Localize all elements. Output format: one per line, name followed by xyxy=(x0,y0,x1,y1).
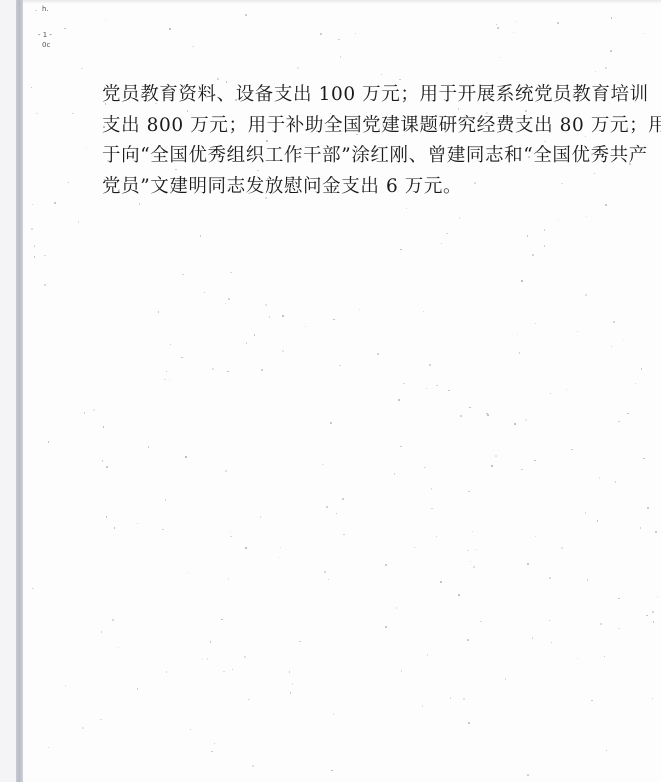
scan-speck xyxy=(487,414,489,416)
scan-speck xyxy=(599,477,601,479)
scan-speck xyxy=(618,628,620,630)
scan-speck xyxy=(267,179,269,181)
scan-speck xyxy=(385,626,387,628)
scan-speck xyxy=(103,126,105,128)
corner-mark-2: - 1 - xyxy=(38,31,52,39)
scan-speck xyxy=(652,698,654,700)
scan-speck xyxy=(103,426,105,428)
paragraph-line-4: 党员”文建明同志发放慰问金支出 6 万元。 xyxy=(102,172,584,203)
scan-speck xyxy=(401,670,403,672)
corner-mark-1: h. xyxy=(42,5,49,13)
scan-speck xyxy=(521,280,523,282)
scan-speck xyxy=(326,506,328,508)
scan-speck xyxy=(84,412,86,414)
scan-speck xyxy=(476,549,478,551)
scan-speck xyxy=(653,621,655,623)
scan-speck xyxy=(495,455,497,457)
scan-speck xyxy=(328,579,330,581)
scan-speck xyxy=(333,319,335,321)
scan-speck xyxy=(459,217,461,219)
scan-speck xyxy=(169,380,171,382)
scan-speck xyxy=(182,274,184,276)
scan-speck xyxy=(246,342,248,344)
scan-speck xyxy=(473,566,475,568)
scan-speck xyxy=(190,729,192,731)
scan-speck xyxy=(165,499,167,501)
scan-speck xyxy=(257,170,259,172)
scan-speck xyxy=(577,331,579,333)
scan-speck xyxy=(34,256,36,258)
scan-speck xyxy=(431,488,433,490)
scan-speck xyxy=(336,513,338,515)
scan-speck xyxy=(468,491,470,493)
scan-speck xyxy=(265,197,267,199)
scan-speck xyxy=(297,67,299,69)
scan-speck xyxy=(210,641,212,643)
scan-speck xyxy=(587,579,589,581)
scan-speck xyxy=(441,243,443,245)
scan-speck xyxy=(550,393,552,395)
scan-speck xyxy=(655,531,657,533)
scan-speck xyxy=(597,520,599,522)
scan-speck xyxy=(102,460,104,462)
scan-speck xyxy=(244,656,246,658)
scan-speck xyxy=(289,671,291,673)
scan-speck xyxy=(611,346,613,348)
scan-speck xyxy=(394,473,396,475)
scan-speck xyxy=(245,14,247,16)
scan-speck xyxy=(440,581,442,583)
scan-speck xyxy=(324,571,326,573)
scan-speck xyxy=(657,596,659,598)
scan-speck xyxy=(423,311,425,313)
scan-speck xyxy=(448,390,450,392)
scan-speck xyxy=(519,352,521,354)
scan-speck xyxy=(431,508,433,510)
scan-speck xyxy=(187,110,189,112)
scan-speck xyxy=(585,136,587,138)
scan-speck xyxy=(381,74,383,76)
scan-speck xyxy=(339,365,341,367)
scan-speck xyxy=(292,683,294,685)
scan-speck xyxy=(185,456,187,458)
scan-speck xyxy=(491,465,493,467)
scan-speck xyxy=(641,368,643,370)
scan-speck xyxy=(65,685,67,687)
scan-speck xyxy=(534,460,536,462)
scan-speck xyxy=(228,298,230,300)
scan-speck xyxy=(162,529,164,531)
scan-speck xyxy=(343,534,345,536)
scan-speck xyxy=(610,50,612,52)
scan-speck xyxy=(500,57,502,59)
scan-speck xyxy=(170,344,172,346)
scan-speck xyxy=(643,33,645,35)
scan-speck xyxy=(563,91,565,93)
scan-speck xyxy=(528,156,530,158)
scan-speck xyxy=(322,464,324,466)
page-top-edge xyxy=(0,0,661,4)
scan-speck xyxy=(34,245,36,247)
scan-speck xyxy=(497,27,499,29)
scan-speck xyxy=(594,173,596,175)
scan-speck xyxy=(181,357,183,359)
scan-speck xyxy=(214,743,216,745)
scan-speck xyxy=(106,516,108,518)
scan-speck xyxy=(64,28,66,30)
scan-speck xyxy=(561,547,563,549)
scan-speck xyxy=(359,309,361,311)
paragraph-line-3: 于向“全国优秀组织工作干部”涂红刚、曾建同志和“全国优秀共产 xyxy=(102,141,584,172)
scan-speck xyxy=(331,770,333,772)
scan-speck xyxy=(647,507,649,509)
scan-speck xyxy=(221,619,223,621)
scan-speck xyxy=(558,220,560,222)
scan-speck xyxy=(340,56,342,58)
scan-speck xyxy=(355,33,357,35)
scan-speck xyxy=(640,527,642,529)
scan-speck xyxy=(279,557,281,559)
scan-speck xyxy=(330,422,332,424)
scan-speck xyxy=(200,235,202,237)
scan-speck xyxy=(228,578,230,580)
scan-speck xyxy=(618,421,620,423)
scan-speck xyxy=(605,67,607,69)
scan-speck xyxy=(82,727,84,729)
scan-speck xyxy=(54,202,56,204)
scan-speck xyxy=(486,112,488,114)
scan-speck xyxy=(68,182,70,184)
scan-speck xyxy=(377,353,379,355)
scan-speck xyxy=(586,216,588,218)
scan-speck xyxy=(480,621,482,623)
scan-speck xyxy=(646,615,648,617)
body-paragraph: 党员教育资料、设备支出 100 万元；用于开展系统党员教育培训 支出 800 万… xyxy=(102,80,584,202)
scan-speck xyxy=(333,713,335,715)
scan-speck xyxy=(166,371,168,373)
scan-speck xyxy=(44,255,46,257)
scan-speck xyxy=(436,385,438,387)
scan-speck xyxy=(260,516,262,518)
scan-speck xyxy=(606,750,608,752)
scan-speck xyxy=(396,607,398,609)
paragraph-line-1: 党员教育资料、设备支出 100 万元；用于开展系统党员教育培训 xyxy=(102,80,584,111)
scan-speck xyxy=(230,531,232,533)
scan-speck xyxy=(232,669,234,671)
scan-speck xyxy=(217,78,219,80)
scan-speck xyxy=(527,235,529,237)
scan-speck xyxy=(414,547,416,549)
scan-speck xyxy=(48,747,50,749)
scan-speck xyxy=(137,523,139,525)
scan-speck xyxy=(72,113,74,115)
scan-speck xyxy=(166,671,168,673)
scan-speck xyxy=(299,641,301,643)
scan-speck xyxy=(112,619,114,621)
scan-speck xyxy=(330,113,332,115)
scan-speck xyxy=(101,631,103,633)
scan-speck xyxy=(527,774,529,776)
scan-speck xyxy=(458,594,460,596)
scan-speck xyxy=(561,183,563,185)
scan-speck xyxy=(470,561,472,563)
scan-speck xyxy=(557,22,559,24)
scan-speck xyxy=(544,229,546,231)
scan-speck xyxy=(605,204,607,206)
scan-speck xyxy=(204,292,206,294)
scan-speck xyxy=(535,323,537,325)
scan-speck xyxy=(551,642,553,644)
scan-speck xyxy=(31,228,33,230)
scan-speck xyxy=(468,722,470,724)
scan-speck xyxy=(403,383,405,385)
scan-speck xyxy=(36,113,38,115)
scan-speck xyxy=(467,639,469,641)
scan-speck xyxy=(105,19,107,21)
scan-speck xyxy=(282,350,284,352)
scan-speck xyxy=(32,588,34,590)
scan-speck xyxy=(629,163,631,165)
scan-speck xyxy=(235,99,237,101)
paragraph-line-2: 支出 800 万元；用于补助全国党建课题研究经费支出 80 万元；用 xyxy=(102,111,584,142)
left-margin xyxy=(0,0,16,782)
scan-speck xyxy=(521,469,523,471)
scan-speck xyxy=(31,87,33,89)
scan-speck xyxy=(577,658,579,660)
scan-speck xyxy=(427,654,429,656)
scan-speck xyxy=(513,32,515,34)
scan-speck xyxy=(282,315,284,317)
scan-speck xyxy=(32,204,34,206)
scan-speck xyxy=(585,512,587,514)
scan-speck xyxy=(613,321,615,323)
scan-speck xyxy=(627,413,629,415)
scan-speck xyxy=(118,647,120,649)
scan-speck xyxy=(436,536,438,538)
scan-speck xyxy=(525,419,527,421)
scan-speck xyxy=(532,254,534,256)
scan-speck xyxy=(148,446,150,448)
scan-speck xyxy=(269,316,271,318)
corner-mark-3: 0c xyxy=(42,41,50,49)
scan-speck xyxy=(35,10,37,12)
scan-speck xyxy=(227,371,229,373)
scan-speck xyxy=(211,751,213,753)
scan-speck xyxy=(261,369,263,371)
scan-speck xyxy=(105,103,107,105)
scan-speck xyxy=(338,39,340,41)
scan-speck xyxy=(137,688,139,690)
scan-speck xyxy=(549,620,551,622)
scan-speck xyxy=(527,563,529,565)
scan-speck xyxy=(265,304,267,306)
scan-speck xyxy=(400,249,402,251)
scan-speck xyxy=(44,284,46,286)
scan-speck xyxy=(226,81,228,83)
scan-speck xyxy=(254,334,256,336)
scan-speck xyxy=(517,334,519,336)
scan-speck xyxy=(114,527,116,529)
scan-speck xyxy=(643,458,645,460)
scan-speck xyxy=(106,466,108,468)
scan-speck xyxy=(266,140,268,142)
scan-speck xyxy=(595,71,597,73)
scan-speck xyxy=(505,678,507,680)
scan-speck xyxy=(207,658,209,660)
scan-speck xyxy=(245,547,247,549)
scan-speck xyxy=(139,203,141,205)
scan-speck xyxy=(230,536,232,538)
scan-speck xyxy=(406,208,408,210)
scan-speck xyxy=(422,705,424,707)
scan-speck xyxy=(78,221,80,223)
scan-speck xyxy=(252,765,254,767)
scan-speck xyxy=(320,33,322,35)
scan-speck xyxy=(86,148,88,150)
scan-speck xyxy=(169,28,171,30)
scan-speck xyxy=(585,294,587,296)
scan-speck xyxy=(611,17,613,19)
scan-speck xyxy=(549,577,551,579)
scan-speck xyxy=(192,46,194,48)
scan-speck xyxy=(516,21,518,23)
scan-speck xyxy=(446,233,448,235)
scan-speck xyxy=(385,564,387,566)
scan-speck xyxy=(615,481,617,483)
scan-speck xyxy=(290,692,292,694)
scan-speck xyxy=(635,383,637,385)
scanned-document-page: h. - 1 - 0c 党员教育资料、设备支出 100 万元；用于开展系统党员教… xyxy=(0,0,661,782)
scan-speck xyxy=(158,311,160,313)
scan-speck xyxy=(81,68,83,70)
scan-speck xyxy=(248,699,250,701)
scan-speck xyxy=(566,389,568,391)
scan-speck xyxy=(342,498,344,500)
scan-speck xyxy=(429,364,431,366)
scan-speck xyxy=(100,719,102,721)
scan-speck xyxy=(600,623,602,625)
scan-speck xyxy=(463,698,465,700)
scan-speck xyxy=(474,182,476,184)
scan-speck xyxy=(496,24,498,26)
scan-speck xyxy=(230,272,232,274)
scan-speck xyxy=(460,415,462,417)
scan-speck xyxy=(170,127,172,129)
scan-speck xyxy=(469,407,471,409)
scan-speck xyxy=(450,697,452,699)
scan-speck xyxy=(225,303,227,305)
scan-speck xyxy=(532,637,534,639)
binding-strip xyxy=(16,0,23,782)
scan-speck xyxy=(223,671,225,673)
scan-speck xyxy=(535,536,537,538)
scan-speck xyxy=(398,399,400,401)
scan-speck xyxy=(93,409,95,411)
scan-speck xyxy=(618,598,620,600)
scan-speck xyxy=(514,423,516,425)
scan-speck xyxy=(48,441,50,443)
scan-speck xyxy=(604,656,606,658)
scan-speck xyxy=(164,379,166,381)
scan-speck xyxy=(225,470,227,472)
scan-speck xyxy=(544,245,546,247)
scan-speck xyxy=(467,550,469,552)
scan-speck xyxy=(202,659,204,661)
scan-speck xyxy=(212,368,214,370)
scan-speck xyxy=(400,446,402,448)
scan-speck xyxy=(525,110,527,112)
scan-speck xyxy=(280,547,282,549)
scan-speck xyxy=(188,572,190,574)
scan-speck xyxy=(305,326,307,328)
scan-speck xyxy=(591,700,593,702)
scan-speck xyxy=(623,340,625,342)
scan-speck xyxy=(571,449,573,451)
scan-speck xyxy=(426,388,428,390)
scan-speck xyxy=(472,531,474,533)
scan-speck xyxy=(424,467,426,469)
scan-speck xyxy=(621,129,623,131)
scan-speck xyxy=(652,611,654,613)
